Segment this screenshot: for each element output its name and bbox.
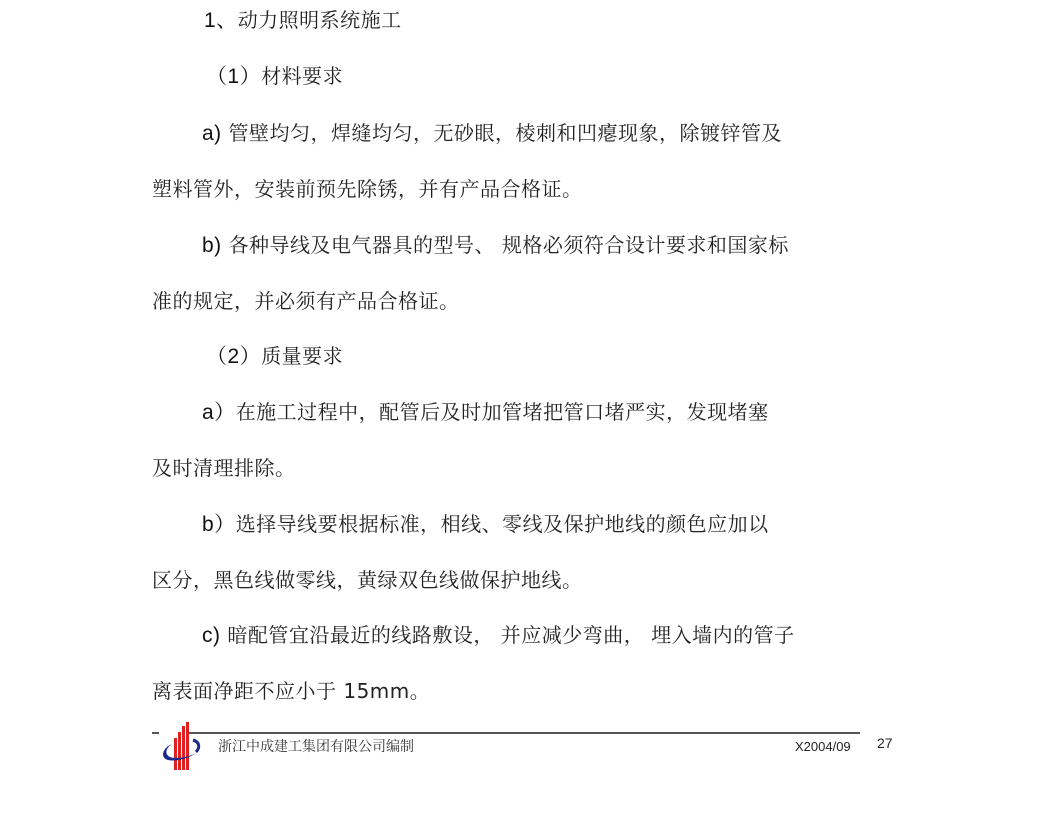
item-marker: b）	[202, 513, 236, 536]
footer-divider	[188, 732, 860, 734]
paragraph-text: 暗配管宜沿最近的线路敷设， 并应减少弯曲， 埋入墙内的管子	[227, 623, 794, 647]
paragraph-line: a）在施工过程中，配管后及时加管堵把管口堵严实，发现堵塞	[202, 398, 769, 427]
paragraph-line: 准的规定，并必须有产品合格证。	[152, 287, 460, 315]
document-page: 1、动力照明系统施工 （1）材料要求 a) 管壁均匀，焊缝均匀，无砂眼，棱刺和凹…	[0, 0, 1045, 840]
paragraph-line: 塑料管外，安装前预先除锈，并有产品合格证。	[152, 175, 583, 203]
item-marker: c)	[202, 624, 221, 647]
item-marker: b)	[202, 234, 222, 257]
item-marker: a)	[202, 122, 222, 145]
paragraph-line: 区分，黑色线做零线，黄绿双色线做保护地线。	[152, 566, 583, 594]
subsection-heading-materials: （1）材料要求	[206, 62, 343, 91]
paragraph-line: c) 暗配管宜沿最近的线路敷设， 并应减少弯曲， 埋入墙内的管子	[202, 621, 795, 650]
paragraph-text: 各种导线及电气器具的型号、 规格必须符合设计要求和国家标	[229, 233, 789, 257]
paragraph-text: 选择导线要根据标准，相线、零线及保护地线的颜色应加以	[236, 512, 769, 536]
heading-number: 1、	[204, 9, 238, 32]
subsection-number: （1）	[206, 65, 261, 88]
footer-divider-short	[152, 732, 159, 734]
paragraph-text: 准的规定，并必须有产品合格证。	[152, 289, 460, 313]
paragraph-text: 区分，黑色线做零线，黄绿双色线做保护地线。	[152, 568, 583, 592]
paragraph-line: b）选择导线要根据标准，相线、零线及保护地线的颜色应加以	[202, 510, 769, 539]
item-marker: a）	[202, 401, 236, 424]
paragraph-text: 离表面净距不应小于 15mm。	[152, 679, 430, 703]
paragraph-line: a) 管壁均匀，焊缝均匀，无砂眼，棱刺和凹瘪现象，除镀锌管及	[202, 119, 782, 148]
subsection-heading-quality: （2）质量要求	[206, 342, 343, 371]
subsection-text: 质量要求	[261, 344, 343, 368]
paragraph-text: 及时清理排除。	[152, 456, 296, 480]
subsection-text: 材料要求	[261, 64, 343, 88]
footer-document-code: X2004/09	[795, 738, 851, 756]
footer-company-name: 浙江中成建工集团有限公司编制	[218, 738, 414, 756]
page-number: 27	[877, 734, 893, 752]
paragraph-text: 塑料管外，安装前预先除锈，并有产品合格证。	[152, 177, 583, 201]
paragraph-line: 及时清理排除。	[152, 454, 296, 482]
paragraph-text: 管壁均匀，焊缝均匀，无砂眼，棱刺和凹瘪现象，除镀锌管及	[229, 121, 783, 145]
subsection-number: （2）	[206, 345, 261, 368]
paragraph-text: 在施工过程中，配管后及时加管堵把管口堵严实，发现堵塞	[236, 400, 769, 424]
company-logo-icon	[160, 722, 202, 772]
paragraph-line: 离表面净距不应小于 15mm。	[152, 677, 430, 705]
paragraph-line: b) 各种导线及电气器具的型号、 规格必须符合设计要求和国家标	[202, 231, 789, 260]
section-heading: 1、动力照明系统施工	[204, 6, 402, 35]
heading-text: 动力照明系统施工	[238, 8, 402, 32]
